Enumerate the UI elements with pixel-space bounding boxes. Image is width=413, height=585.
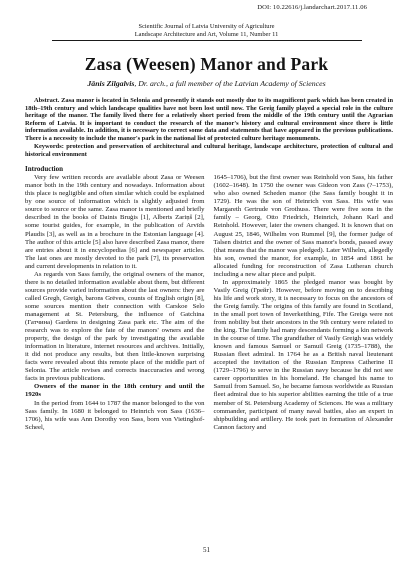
abstract-text: Zasa manor is located in Selonia and pre… xyxy=(25,97,393,142)
paper-page: DOI: 10.22616/j.landarchart.2017.11.06 S… xyxy=(0,0,413,585)
owners-heading: Owners of the manor in the 18th century … xyxy=(25,383,205,399)
journal-volume: Landscape Architecture and Art, Volume 1… xyxy=(0,31,413,39)
header-rule xyxy=(52,40,362,41)
doi-line: DOI: 10.22616/j.landarchart.2017.11.06 xyxy=(257,4,367,11)
author-affiliation: , Dr. arch., a full member of the Latvia… xyxy=(134,79,325,88)
left-column: Very few written records are available a… xyxy=(25,174,205,432)
owners-paragraph-1: In the period from 1644 to 1787 the mano… xyxy=(25,400,205,432)
keywords: Keywords: protection and preservation of… xyxy=(25,143,393,158)
introduction-heading: Introduction xyxy=(25,165,393,173)
journal-name: Scientific Journal of Latvia University … xyxy=(0,23,413,31)
paper-title: Zasa (Weesen) Manor and Park xyxy=(10,54,403,75)
right-column: 1645–1706), but the first owner was Rein… xyxy=(214,174,394,432)
keywords-text: protection and preservation of architect… xyxy=(25,143,393,158)
intro-paragraph-1: Very few written records are available a… xyxy=(25,174,205,271)
intro-paragraph-2: As regards von Sass family, the original… xyxy=(25,271,205,384)
keywords-label: Keywords: xyxy=(34,143,64,150)
owners-paragraph-1-continued: 1645–1706), but the first owner was Rein… xyxy=(214,174,394,279)
two-column-body: Very few written records are available a… xyxy=(25,174,393,432)
abstract: Abstract. Zasa manor is located in Selon… xyxy=(25,97,393,142)
journal-header: Scientific Journal of Latvia University … xyxy=(0,23,413,38)
owners-paragraph-2: In approximately 1865 the pledged manor … xyxy=(214,279,394,432)
author-line: Jānis Zilgalvis, Dr. arch., a full membe… xyxy=(0,79,413,88)
author-name: Jānis Zilgalvis xyxy=(87,79,134,88)
page-number: 51 xyxy=(0,546,413,554)
abstract-label: Abstract. xyxy=(34,97,59,104)
